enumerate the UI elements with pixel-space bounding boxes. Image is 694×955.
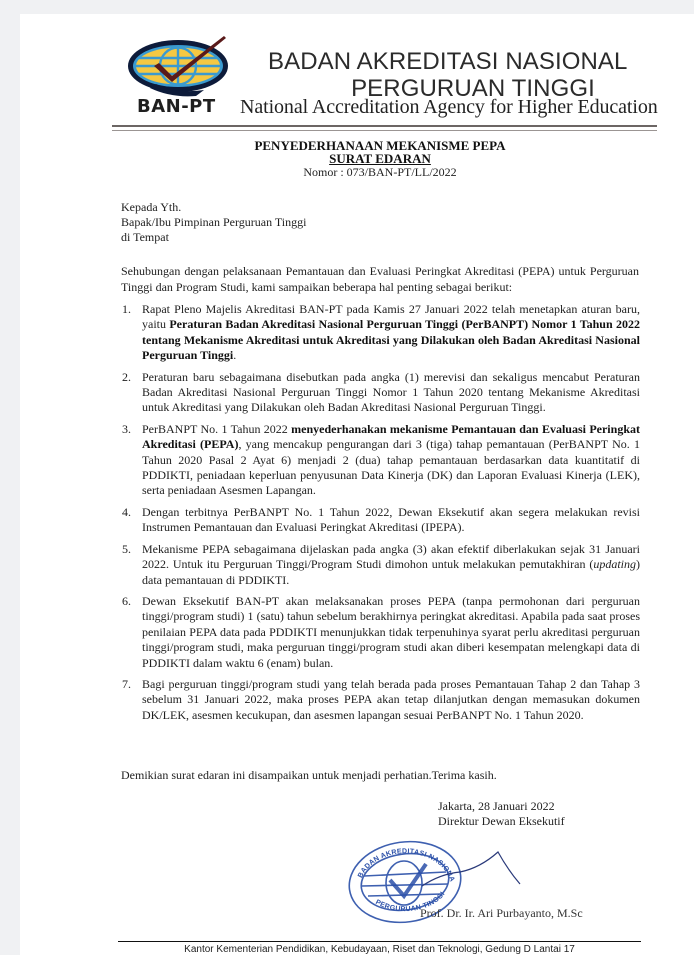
list-item-text: Bagi perguruan tinggi/program studi yang…	[142, 677, 640, 722]
recipient-line: Kepada Yth.	[121, 200, 639, 215]
list-item-text: Mekanisme PEPA sebagaimana dijelaskan pa…	[142, 542, 640, 571]
recipient-line: di Tempat	[121, 230, 639, 245]
list-item-text: updating	[593, 557, 636, 571]
list-item-number: 1.	[122, 302, 131, 317]
list-item: 1.Rapat Pleno Majelis Akreditasi BAN-PT …	[121, 302, 640, 364]
logo-text: BAN-PT	[137, 96, 216, 117]
list-item-number: 3.	[122, 422, 131, 437]
list-item-text: Peraturan Badan Akreditasi Nasional Perg…	[142, 317, 640, 362]
list-item: 3.PerBANPT No. 1 Tahun 2022 menyederhana…	[121, 422, 640, 499]
list-item-text: Peraturan baru sebagaimana disebutkan pa…	[142, 370, 640, 415]
header-divider	[112, 125, 657, 131]
list-item-number: 4.	[122, 505, 131, 520]
list-item: 5.Mekanisme PEPA sebagaimana dijelaskan …	[121, 542, 640, 588]
list-item: 2.Peraturan baru sebagaimana disebutkan …	[121, 370, 640, 416]
list-item-number: 5.	[122, 542, 131, 557]
list-item-number: 7.	[122, 677, 131, 692]
recipient-block: Kepada Yth. Bapak/Ibu Pimpinan Perguruan…	[121, 200, 639, 245]
org-name-line1: BADAN AKREDITASI NASIONAL	[268, 48, 658, 75]
handwritten-signature	[420, 842, 530, 902]
recipient-line: Bapak/Ibu Pimpinan Perguruan Tinggi	[121, 215, 639, 230]
intro-paragraph: Sehubungan dengan pelaksanaan Pemantauan…	[121, 264, 639, 295]
signer-position: Direktur Dewan Eksekutif	[438, 814, 565, 829]
list-item-text: .	[233, 348, 236, 362]
list-item: 7.Bagi perguruan tinggi/program studi ya…	[121, 677, 640, 723]
list-item-text: PerBANPT No. 1 Tahun 2022	[142, 422, 291, 436]
org-name-english: National Accreditation Agency for Higher…	[240, 96, 658, 119]
list-item: 6.Dewan Eksekutif BAN-PT akan melaksanak…	[121, 594, 640, 671]
footer-address: Kantor Kementerian Pendidikan, Kebudayaa…	[118, 944, 641, 955]
footer-divider	[118, 941, 641, 942]
list-item-text: Dewan Eksekutif BAN-PT akan melaksanakan…	[142, 594, 640, 670]
signature-block: Jakarta, 28 Januari 2022 Direktur Dewan …	[438, 799, 565, 829]
list-item-number: 2.	[122, 370, 131, 385]
document-number: Nomor : 073/BAN-PT/LL/2022	[0, 165, 694, 180]
list-item-number: 6.	[122, 594, 131, 609]
points-list: 1.Rapat Pleno Majelis Akreditasi BAN-PT …	[121, 302, 640, 729]
globe-checkmark-icon	[126, 36, 234, 100]
signer-name: Prof. Dr. Ir. Ari Purbayanto, M.Sc	[420, 906, 583, 921]
closing-paragraph: Demikian surat edaran ini disampaikan un…	[121, 768, 639, 784]
list-item: 4.Dengan terbitnya PerBANPT No. 1 Tahun …	[121, 505, 640, 536]
list-item-text: Dengan terbitnya PerBANPT No. 1 Tahun 20…	[142, 505, 640, 534]
place-date: Jakarta, 28 Januari 2022	[438, 799, 565, 814]
